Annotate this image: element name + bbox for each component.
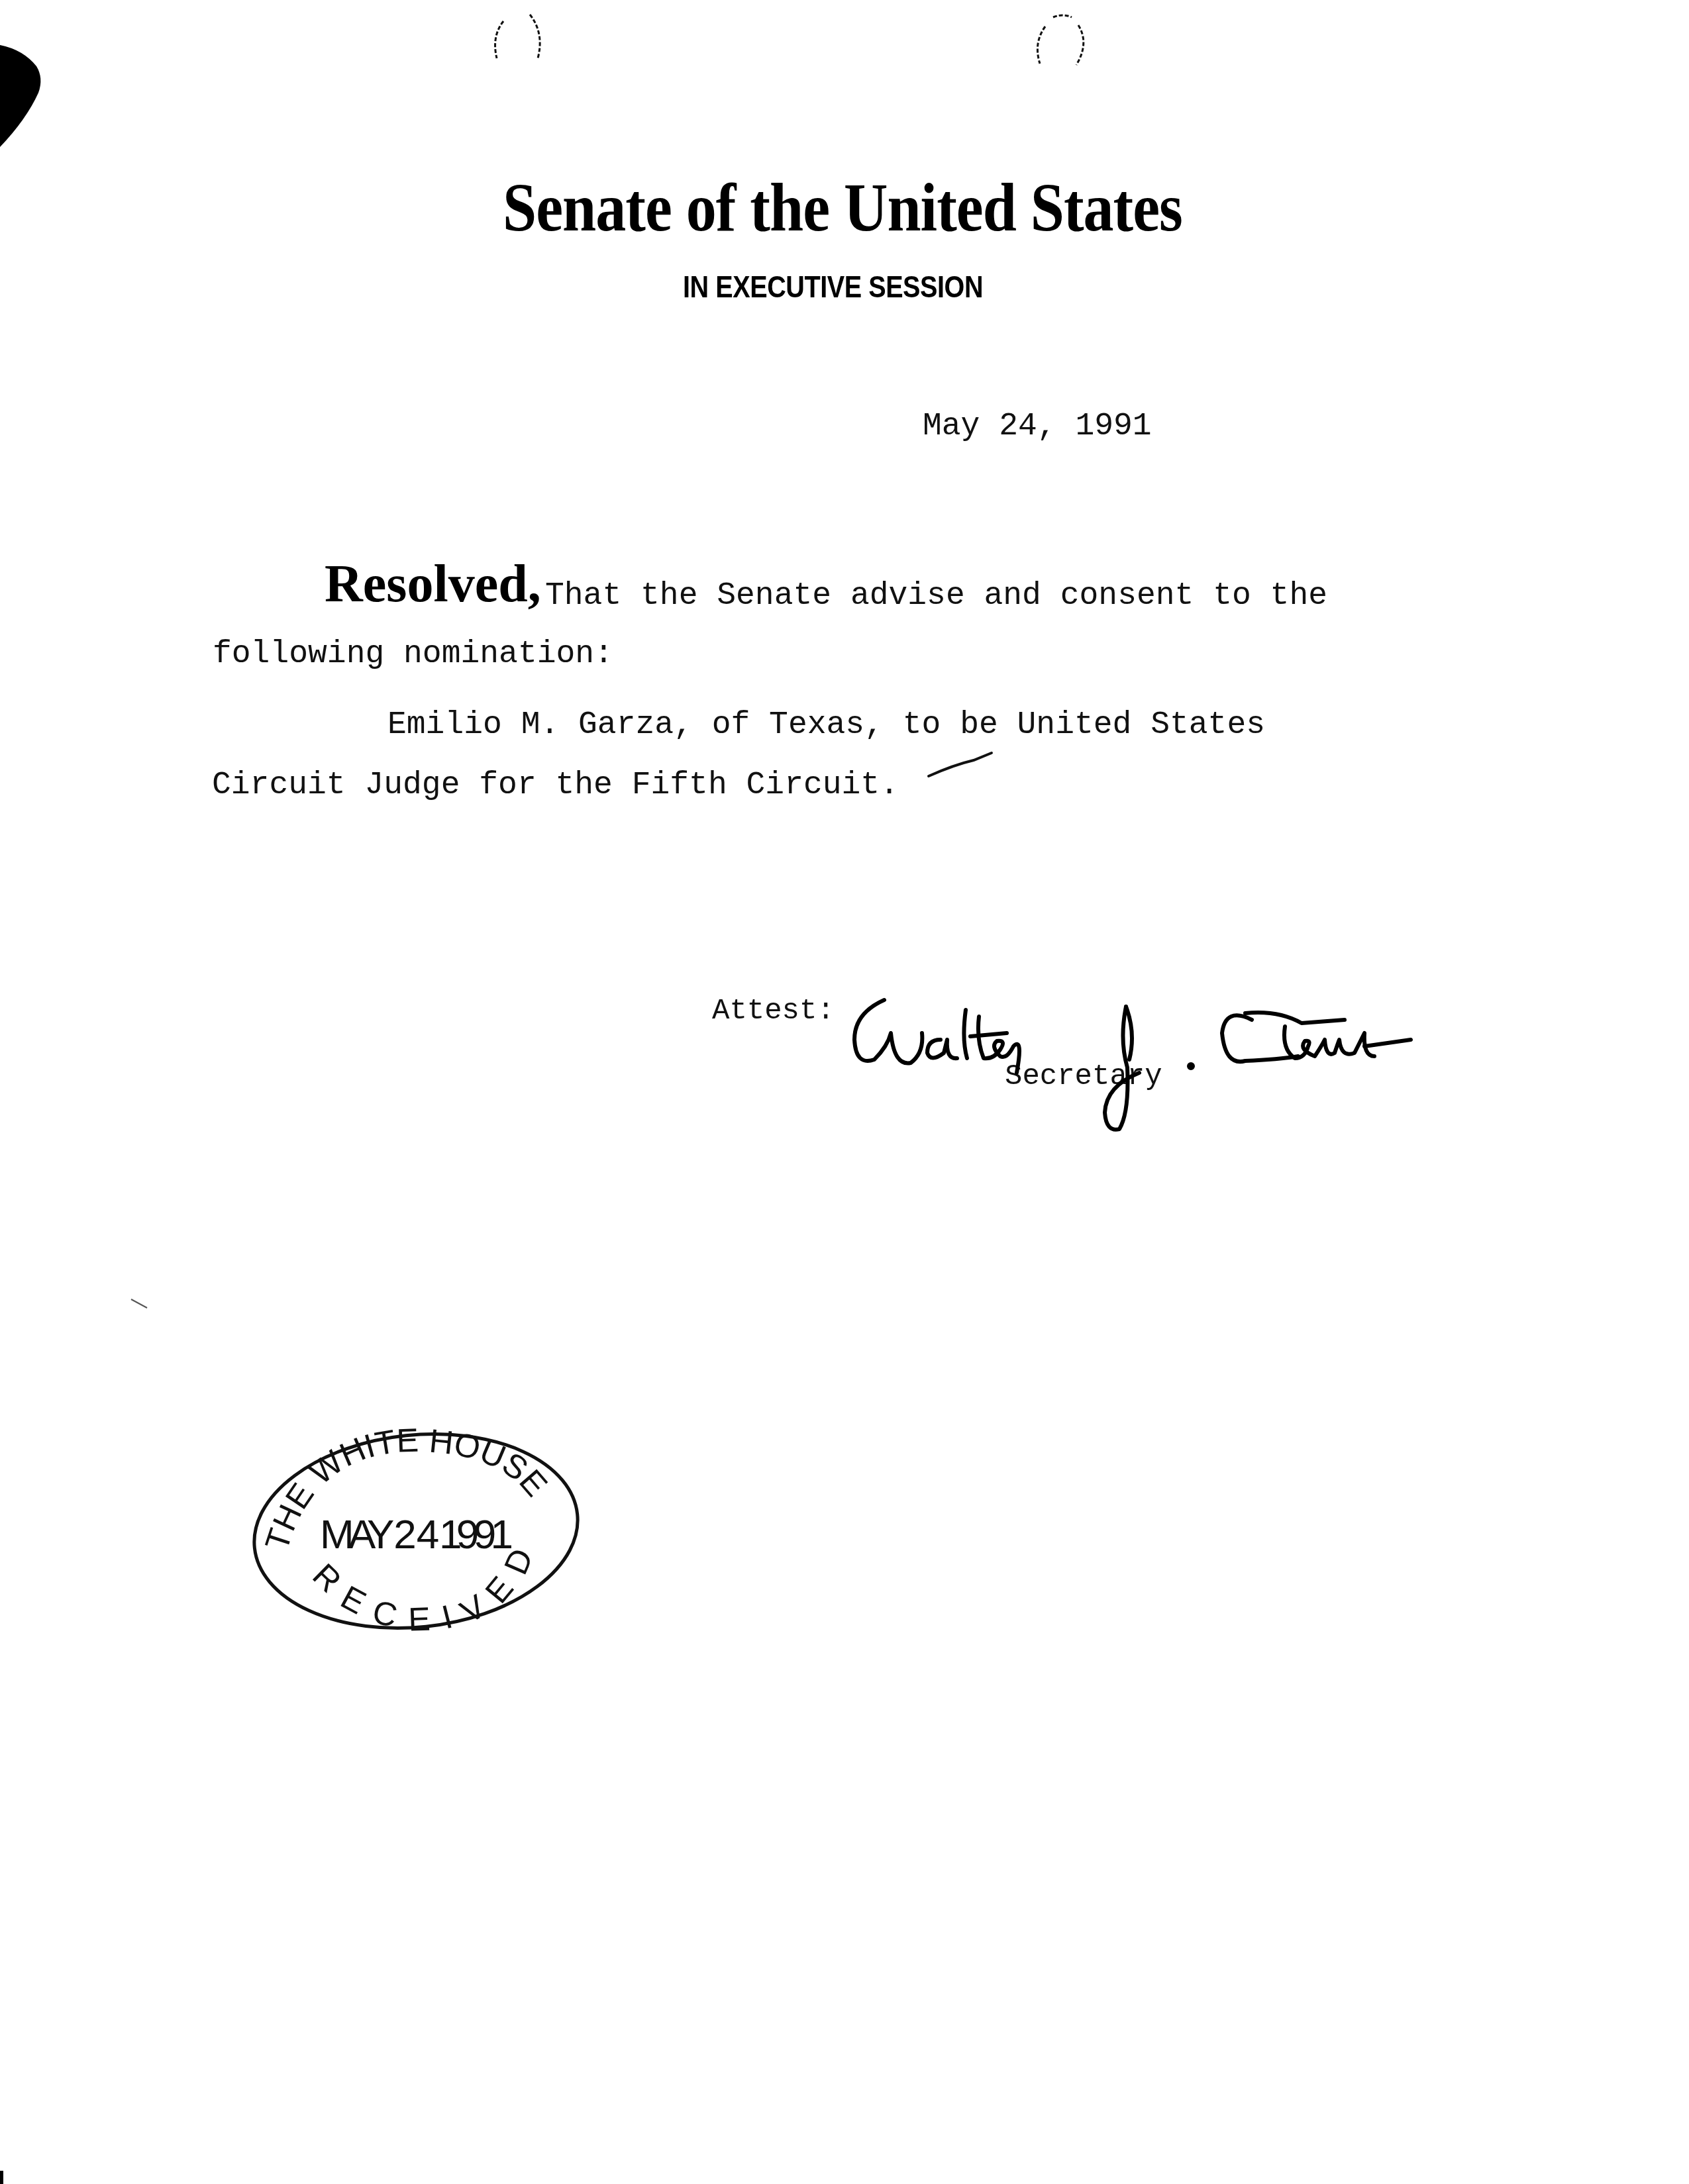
stray-mark: [131, 1299, 147, 1308]
stamp-top-text: THE WHITE HOUSE: [258, 1422, 555, 1555]
session-subtitle: IN EXECUTIVE SESSION: [683, 272, 950, 302]
attest-label: Attest:: [712, 997, 835, 1026]
received-stamp: THE WHITE HOUSE MAY 2 4 1991 RECEIVED: [0, 0, 1689, 2184]
edge-blot-top-left: [0, 45, 40, 147]
edge-mark-bottom-left: [0, 2171, 3, 2184]
page-title: Senate of the United States: [498, 174, 1187, 242]
signature: Walter J. Stewart: [0, 0, 1689, 2184]
scan-artifacts: [0, 0, 1689, 2184]
document-date: May 24, 1991: [923, 411, 1152, 442]
punch-hole-right-mark: [1037, 15, 1083, 65]
nomination-line-2: Circuit Judge for the Fifth Circuit.: [212, 769, 899, 801]
nomination-line-1: Emilio M. Garza, of Texas, to be United …: [387, 709, 1265, 741]
punch-hole-left-mark: [495, 15, 540, 58]
stamp-bottom-text: RECEIVED: [305, 1530, 546, 1638]
resolved-heading: Resolved,: [325, 558, 541, 611]
resolution-line-1: That the Senate advise and consent to th…: [545, 580, 1327, 612]
stamp-date: MAY 2 4 1991: [320, 1512, 513, 1558]
resolution-line-2: following nomination:: [213, 638, 613, 670]
pen-mark: [929, 753, 992, 776]
secretary-title: Secretary: [1005, 1062, 1162, 1091]
stamp-border: [244, 1418, 588, 1644]
